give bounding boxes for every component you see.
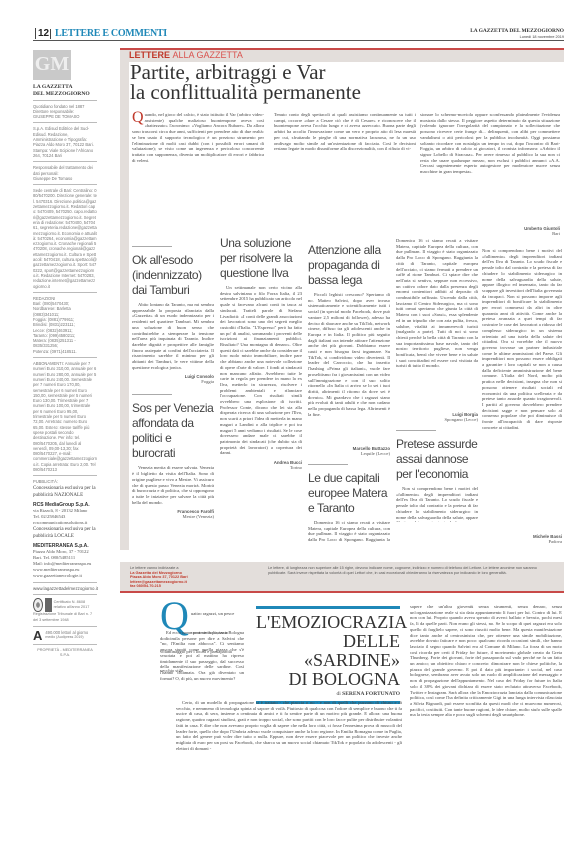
- rule: [132, 246, 172, 247]
- website[interactable]: www.lagazzettadelmezzogiorno.it: [33, 586, 97, 591]
- kicker-strong: LETTERE: [129, 50, 170, 60]
- main-letter-text-3: sionare lo schermo-moviola oppure sconfe…: [420, 112, 560, 174]
- logo-line2: DEL MEZZOGIORNO: [33, 91, 97, 97]
- editorial-title-3: DI BOLOGNA: [256, 670, 400, 689]
- logo-monogram: GM: [35, 62, 69, 67]
- letter-text: Domenica 16 ci siamo recati a visitare M…: [308, 520, 390, 544]
- letter-column-5: Non si comprendono bene i motivi del «fa…: [482, 248, 562, 544]
- editorial-title-1: L'EMOZIOCRAZIA: [256, 613, 400, 632]
- logo: GM: [33, 50, 71, 80]
- letters-footer: Le lettere vanno indirizzate a La Gazzet…: [120, 562, 564, 593]
- letters-left-band: [120, 50, 129, 550]
- letter-title: Ok all'esodo (indennizzato) dai Tamburi: [132, 253, 214, 298]
- signature-place: Spongano (Lecce): [396, 417, 478, 422]
- med-address: Piazza Aldo Moro, 37 - 70122 Bari. Tel. …: [33, 549, 97, 561]
- letter-title: Pretese assurde assai dannose per l'econ…: [396, 437, 478, 482]
- main-letter-col2: Tenuto conto degli spettacoli ai quali a…: [274, 112, 416, 152]
- letter-title: Le due capitali europee Matera e Taranto: [308, 471, 390, 516]
- main-letter-title: Partite, arbitraggi e Var la conflittual…: [130, 62, 560, 102]
- masthead-sidebar: GM LA GAZZETTA DEL MEZZOGIORNO Quotidian…: [33, 50, 97, 658]
- certification-seal-icon: [33, 598, 43, 612]
- letter-text: Abito lontano da Taranto, ma mi sembra a…: [132, 302, 214, 370]
- data-manager-label: Responsabile del trattamento dei dati pe…: [33, 165, 97, 176]
- signature-place: Mestre (Venezia): [132, 514, 214, 519]
- editorial-title-2: DELLE «SARDINE»: [256, 632, 400, 670]
- letter-text-continued: Non si comprendono bene i motivi del «fa…: [482, 248, 562, 530]
- editorial-article: Q uattro ragazzi, un pesce come simbolo,…: [120, 600, 564, 840]
- letter-column-3: Attenzione alla propaganda di bassa lega…: [308, 243, 390, 544]
- kicker-light: ALLA GAZZETTA: [173, 50, 243, 60]
- certificate-block: Certificato N. 8608 relativo all'anno 20…: [33, 598, 97, 612]
- letter-column-1: Ok all'esodo (indennizzato) dai Tamburi …: [132, 240, 214, 519]
- main-letter-col1: Q uando, nel gioco del calcio, è stato i…: [132, 112, 264, 163]
- registration: Registrazione Tribunale di Bari n. 7 del…: [33, 612, 97, 623]
- main-title-line1: Partite, arbitraggi e Var: [130, 62, 560, 82]
- header-rule: [33, 40, 564, 41]
- editorial-byline: di SERENA FORTUNATO: [256, 691, 400, 697]
- audipress-icon: A: [33, 633, 42, 638]
- byline-author: SERENA FORTUNATO: [342, 691, 400, 697]
- med-web2[interactable]: www.gazzettanecrologie.it: [33, 573, 97, 579]
- editorial-col-right: sapere che un'altra gioventù senza strum…: [410, 604, 562, 834]
- letter-title: Sos per Venezia affondata da politici e …: [132, 401, 214, 461]
- office-item: Matera: (0835)251311 - 0835/331256;: [33, 338, 97, 349]
- ownership: PROPRIETÀ - MEDITERRANEA S.P.A.: [33, 648, 97, 659]
- data-manager: Giuseppe De Tomaso: [33, 176, 97, 181]
- letter-title: Attenzione alla propaganda di bassa lega: [308, 243, 390, 288]
- fieg-logo-icon: [45, 598, 52, 612]
- readers-source: medio (Audipress 2019): [45, 635, 88, 640]
- page-number: 12: [35, 28, 49, 39]
- letter-text: Venezia merita di essere salvata. Venezi…: [132, 465, 214, 505]
- office-item: Nordbarese: Barletta (0883)341011;: [33, 306, 97, 317]
- main-letter-col3: sionare lo schermo-moviola oppure sconfe…: [420, 112, 560, 228]
- rule: [308, 464, 348, 465]
- letter-title: Una soluzione per risolvere la questione…: [220, 236, 302, 281]
- letter-column-4: Domenica 16 ci siamo recati a visitare M…: [396, 238, 478, 522]
- main-letter-dropcap: Q: [132, 112, 144, 124]
- main-title-line2: la conflittualità permanente: [130, 82, 560, 102]
- header-divider: [50, 29, 51, 39]
- director: GIUSEPPE DE TOMASO: [33, 114, 97, 119]
- signature-place: Torino: [220, 465, 302, 470]
- office-item: Potenza: (0971)418511.: [33, 349, 97, 354]
- adv-local: Concessionaria esclusiva per la pubblici…: [33, 526, 97, 540]
- readers-block: A 490.000 lettori al giorno medio (Audip…: [33, 630, 97, 641]
- main-letter-text-2: Tenuto conto degli spettacoli ai quali a…: [274, 112, 416, 151]
- publisher-info: S.p.A. Edisud Editrice del Sud-Edisud. R…: [33, 126, 97, 158]
- signature-place: Padova: [482, 539, 562, 544]
- main-signature: Umberto Giuntoli Bari: [420, 226, 560, 236]
- rule: [132, 394, 172, 395]
- byline-prefix: di: [337, 691, 341, 697]
- editorial-col-main: Certo, di un modello di propagazione si …: [176, 700, 402, 825]
- editorial-dropcap: Q: [160, 600, 189, 632]
- signature-place: Foggia: [132, 379, 214, 384]
- submission-rules: Le lettere, di lunghezza non superiore a…: [268, 566, 538, 576]
- rule: [396, 430, 436, 431]
- letter-text-continued: Domenica 16 ci siamo recati a visitare M…: [396, 238, 478, 408]
- editorial-col-left: Ed ecco come portare in piazza a Bologna…: [160, 630, 244, 681]
- section-title: LETTERE E COMMENTI: [55, 28, 167, 39]
- letter-text: Non si comprendono bene i motivi del «fa…: [396, 486, 478, 522]
- signature-place: Bari: [420, 231, 560, 236]
- newspaper-name: LA GAZZETTA DEL MEZZOGIORNO: [470, 28, 564, 34]
- subscriptions: ABBONAMENTI: Annuale per 7 numeri Euro 3…: [33, 361, 97, 472]
- main-letter-text-1: uando, nel gioco del calcio, è stato ist…: [132, 112, 264, 163]
- title-rule-top: [256, 606, 400, 609]
- letter-text: Un settimanale non certo vicino alla des…: [220, 285, 302, 456]
- submission-fax: fax 080/54.70.215: [130, 584, 188, 589]
- adv-national: Concessionaria esclusiva per la pubblici…: [33, 485, 97, 499]
- editorial-title-block: L'EMOZIOCRAZIA DELLE «SARDINE» DI BOLOGN…: [256, 606, 400, 704]
- letter-text: Piccoli leghisti crescono? Speriamo di n…: [308, 292, 390, 442]
- certificate-text: Certificato N. 8608 relativo all'anno 20…: [54, 600, 97, 610]
- letter-column-2: Una soluzione per risolvere la questione…: [220, 236, 302, 470]
- contacts: Sede centrale di Bari: Centralino: 080/5…: [33, 188, 97, 289]
- signature-place: Lequile (Lecce): [308, 451, 390, 456]
- issue-date: Lunedì 18 novembre 2019: [520, 35, 564, 39]
- letters-section: LETTERE ALLA GAZZETTA Partite, arbitragg…: [120, 48, 564, 558]
- submission-info: Le lettere vanno indirizzate a La Gazzet…: [130, 566, 188, 589]
